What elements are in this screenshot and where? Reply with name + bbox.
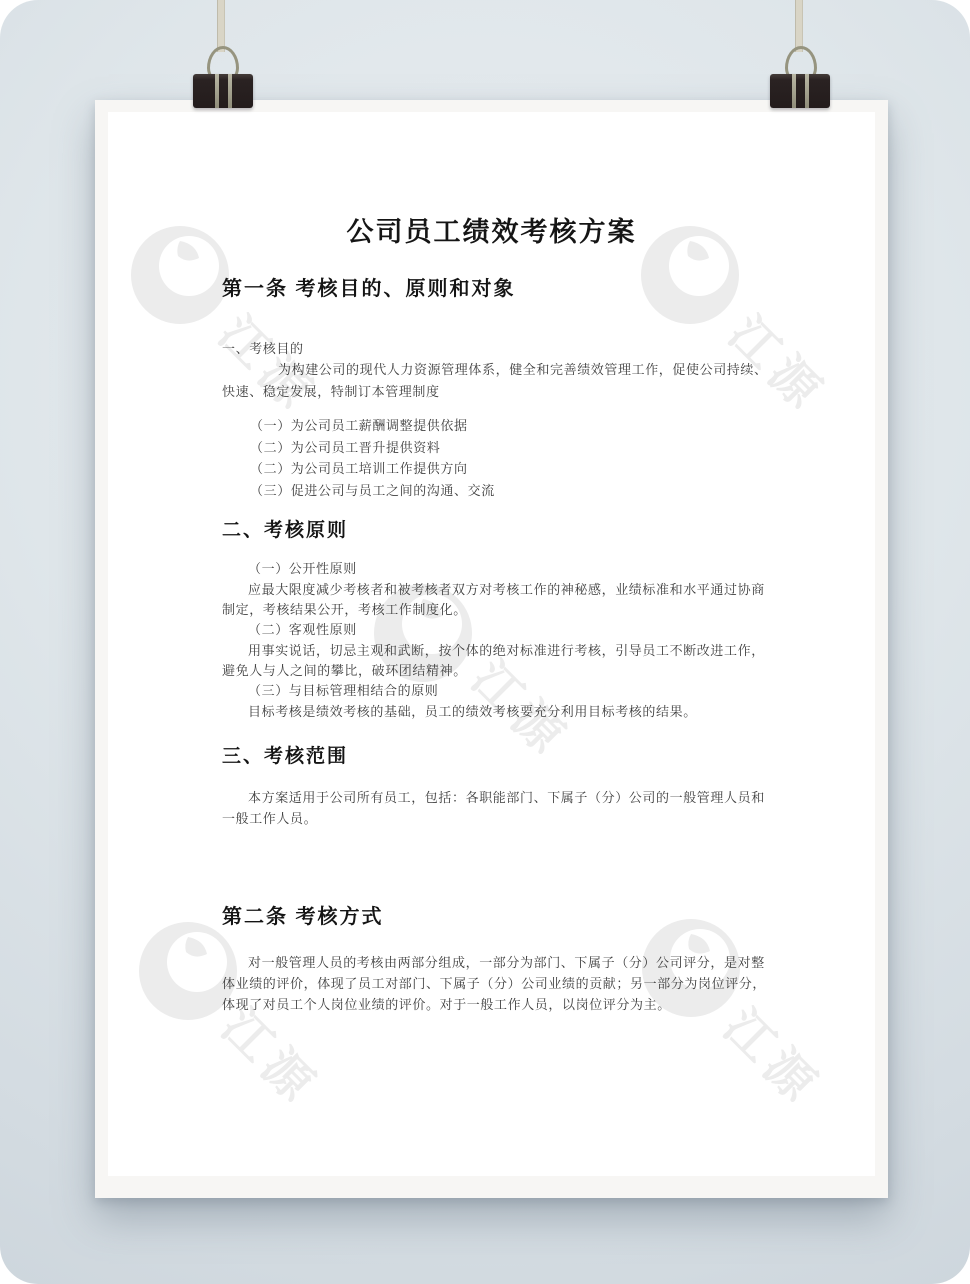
document-page: 江源 江源 江源 江源 江源 公司员工绩效考核方案: [95, 100, 888, 1198]
purpose-label: 一、考核目的: [222, 341, 767, 357]
clip-wire-prong: [792, 74, 796, 108]
scope-heading: 三、考核范围: [222, 746, 348, 769]
principles-line: 用事实说话，切忌主观和武断，按个体的绝对标准进行考核，引导员工不断改进工作，: [222, 643, 793, 659]
scope-line: 一般工作人员。: [222, 811, 767, 827]
purpose-item: （二）为公司员工培训工作提供方向: [222, 461, 795, 477]
purpose-line: 快速、稳定发展，特制订本管理制度: [222, 384, 767, 400]
clip-wire-prong: [805, 74, 809, 108]
principles-line: （一）公开性原则: [222, 561, 793, 577]
principles-line: （二）客观性原则: [222, 622, 793, 638]
principles-line: 制定，考核结果公开，考核工作制度化。: [222, 602, 767, 618]
clip-wire-prong: [215, 74, 219, 108]
clip-body: [770, 74, 830, 108]
principles-line: （三）与目标管理相结合的原则: [222, 683, 793, 699]
hanging-string-right: [795, 0, 803, 52]
article1-heading: 第一条 考核目的、原则和对象: [222, 277, 516, 301]
purpose-line: 为构建公司的现代人力资源管理体系，健全和完善绩效管理工作，促使公司持续、: [222, 362, 823, 378]
article2-line: 体现了对员工个人岗位业绩的评价。对于一般工作人员，以岗位评分为主。: [222, 997, 767, 1013]
principles-line: 避免人与人之间的攀比，破环团结精神。: [222, 663, 767, 679]
article2-line: 对一般管理人员的考核由两部分组成，一部分为部门、下属子（分）公司评分，是对整: [222, 955, 793, 971]
principles-line: 目标考核是绩效考核的基础，员工的绩效考核要充分利用目标考核的结果。: [222, 704, 793, 720]
article2-line: 体业绩的评价，体现了员工对部门、下属子（分）公司业绩的贡献；另一部分为岗位评分，: [222, 976, 767, 992]
clip-body: [193, 74, 253, 108]
article2-heading: 第二条 考核方式: [222, 905, 384, 929]
purpose-item: （二）为公司员工晋升提供资料: [222, 440, 795, 456]
hanging-string-left: [217, 0, 225, 52]
purpose-item: （三）促进公司与员工之间的沟通、交流: [222, 483, 795, 499]
principles-line: 应最大限度减少考核者和被考核者双方对考核工作的神秘感，业绩标准和水平通过协商: [222, 582, 793, 598]
scope-line: 本方案适用于公司所有员工，包括：各职能部门、下属子（分）公司的一般管理人员和: [222, 790, 793, 806]
clip-wire-prong: [228, 74, 232, 108]
purpose-item: （一）为公司员工薪酬调整提供依据: [222, 418, 795, 434]
document-title: 公司员工绩效考核方案: [95, 216, 888, 248]
poster-scene: 江源 江源 江源 江源 江源 公司员工绩效考核方案: [0, 0, 970, 1284]
principles-heading: 二、考核原则: [222, 520, 348, 543]
